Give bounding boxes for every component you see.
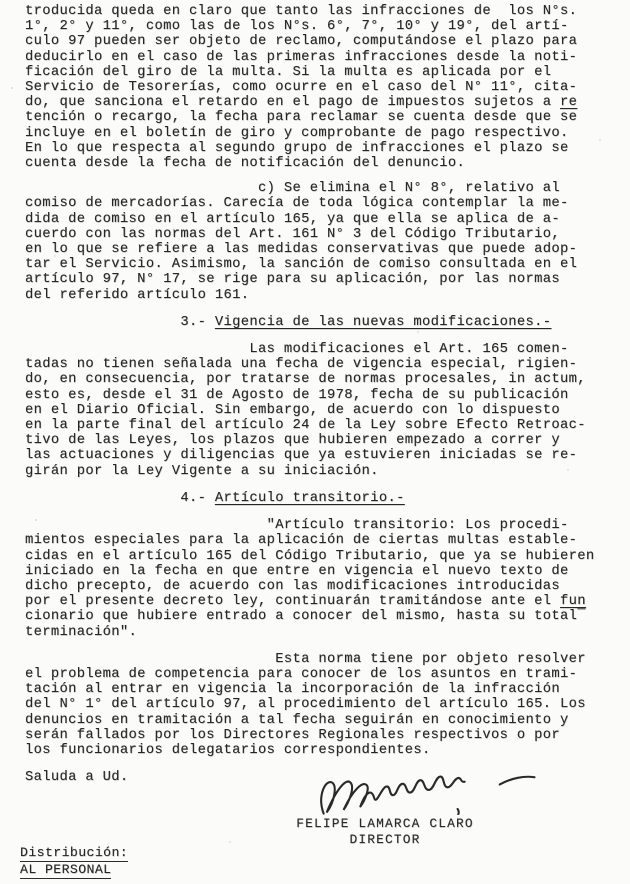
- text-line: Esta norma tiene por objeto resolver: [25, 652, 630, 667]
- text-line: troducida queda en claro que tanto las i…: [25, 4, 630, 19]
- distribution-label: Distribución:: [20, 845, 128, 862]
- text-line: comiso de mercadorías. Carecía de toda l…: [25, 196, 630, 211]
- text-line: denuncios en tramitación a tal fecha seg…: [25, 713, 630, 728]
- scanned-document-page: troducida queda en claro que tanto las i…: [0, 0, 630, 884]
- text-line: incluye en el boletín de giro y comproba…: [25, 126, 630, 141]
- text-line: las actuaciones y diligencias que ya est…: [25, 448, 630, 463]
- text-line: tar el Servicio. Asimismo, la sanción de…: [25, 257, 630, 272]
- hyphenation-underline: re: [560, 95, 577, 110]
- section-number: 3.-: [25, 315, 215, 330]
- paragraph-articulo-transitorio-cita: "Artículo transitorio: Los procedi- mien…: [25, 518, 630, 640]
- text-line: deducirlo en el caso de las primeras inf…: [25, 50, 630, 65]
- text-line: cidas en el artículo 165 del Código Trib…: [25, 549, 630, 564]
- text-line: en el Diario Oficial. Sin embargo, de ac…: [25, 403, 630, 418]
- paragraph-letra-c-comiso: c) Se elimina el N° 8°, relativo al comi…: [25, 181, 630, 303]
- text-line: En lo que respecta al segundo grupo de i…: [25, 141, 630, 156]
- text-line: tivo de las Leyes, los plazos que hubier…: [25, 433, 630, 448]
- text-line: c) Se elimina el N° 8°, relativo al: [25, 181, 630, 196]
- paragraph-vigencia: Las modificaciones el Art. 165 comen- ta…: [25, 342, 630, 479]
- section-number: 4.-: [25, 491, 215, 506]
- text-line: tadas no tienen señalada una fecha de vi…: [25, 357, 630, 372]
- continuation-mark: ¯: [577, 609, 586, 624]
- distribution-block: Distribución: AL PERSONAL: [20, 845, 128, 879]
- text-line: del referido artículo 161.: [25, 288, 630, 303]
- section-heading-4: 4.- Artículo transitorio.-: [25, 491, 630, 506]
- text-line: dicho precepto, de acuerdo con las modif…: [25, 579, 630, 594]
- document-body: troducida queda en claro que tanto las i…: [0, 0, 630, 785]
- text-line: los funcionarios delegatarios correspond…: [25, 743, 630, 758]
- signature-block: FELIPE LAMARCA CLARO DIRECTOR: [285, 770, 485, 848]
- distribution-value: AL PERSONAL: [20, 862, 128, 879]
- paragraph-norma-competencia: Esta norma tiene por objeto resolver el …: [25, 652, 630, 758]
- text-line: del N° 1° del artículo 97, al procedimie…: [25, 697, 630, 712]
- text-line: tención o recargo, la fecha para reclama…: [25, 110, 630, 125]
- section-heading-3: 3.- Vigencia de las nuevas modificacione…: [25, 315, 630, 330]
- text-line: artículo 97, N° 17, se rige para su apli…: [25, 272, 630, 287]
- text-line: cuenta desde la fecha de notificación de…: [25, 156, 630, 171]
- text-line: en lo que se refiere a las medidas conse…: [25, 242, 630, 257]
- text-line: mientos especiales para la aplicación de…: [25, 533, 630, 548]
- text-line: 1°, 2° y 11°, como las de los N°s. 6°, 7…: [25, 19, 630, 34]
- text-line: culo 97 pueden ser objeto de reclamo, co…: [25, 34, 630, 49]
- text-line: por el presente decreto ley, continuarán…: [25, 594, 630, 609]
- text-line: tación al entrar en vigencia la incorpor…: [25, 682, 630, 697]
- signature-scribble: [314, 766, 540, 820]
- text-line: do, en consecuencia, por tratarse de nor…: [25, 372, 630, 387]
- section-title: Vigencia de las nuevas modificaciones.-: [215, 315, 552, 330]
- text-line: esto es, desde el 31 de Agosto de 1978, …: [25, 388, 630, 403]
- text-line: terminación".: [25, 625, 630, 640]
- text-line: en la parte final del artículo 24 de la …: [25, 418, 630, 433]
- text-line: girán por la Ley Vigente a su iniciación…: [25, 464, 630, 479]
- text-line: "Artículo transitorio: Los procedi-: [25, 518, 630, 533]
- text-line: iniciado en la fecha en que entre en vig…: [25, 564, 630, 579]
- signatory-title: DIRECTOR: [285, 832, 485, 848]
- text-line: serán fallados por los Directores Region…: [25, 728, 630, 743]
- text-line: cionario que hubiere entrado a conocer d…: [25, 609, 630, 624]
- text-line: Las modificaciones el Art. 165 comen-: [25, 342, 630, 357]
- text-line: el problema de competencia para conocer …: [25, 667, 630, 682]
- hyphenation-underline: fun: [560, 594, 586, 609]
- section-title: Artículo transitorio.-: [215, 491, 405, 506]
- text-line: do, que sanciona el retardo en el pago d…: [25, 95, 630, 110]
- paragraph-reclamo-plazos: troducida queda en claro que tanto las i…: [25, 4, 630, 171]
- text-line: Servicio de Tesorerías, como ocurre en e…: [25, 80, 630, 95]
- text-line: ficación del giro de la multa. Si la mul…: [25, 65, 630, 80]
- text-line: dida de comiso en el artículo 165, ya qu…: [25, 212, 630, 227]
- text-line: cuerdo con las normas del Art. 161 N° 3 …: [25, 227, 630, 242]
